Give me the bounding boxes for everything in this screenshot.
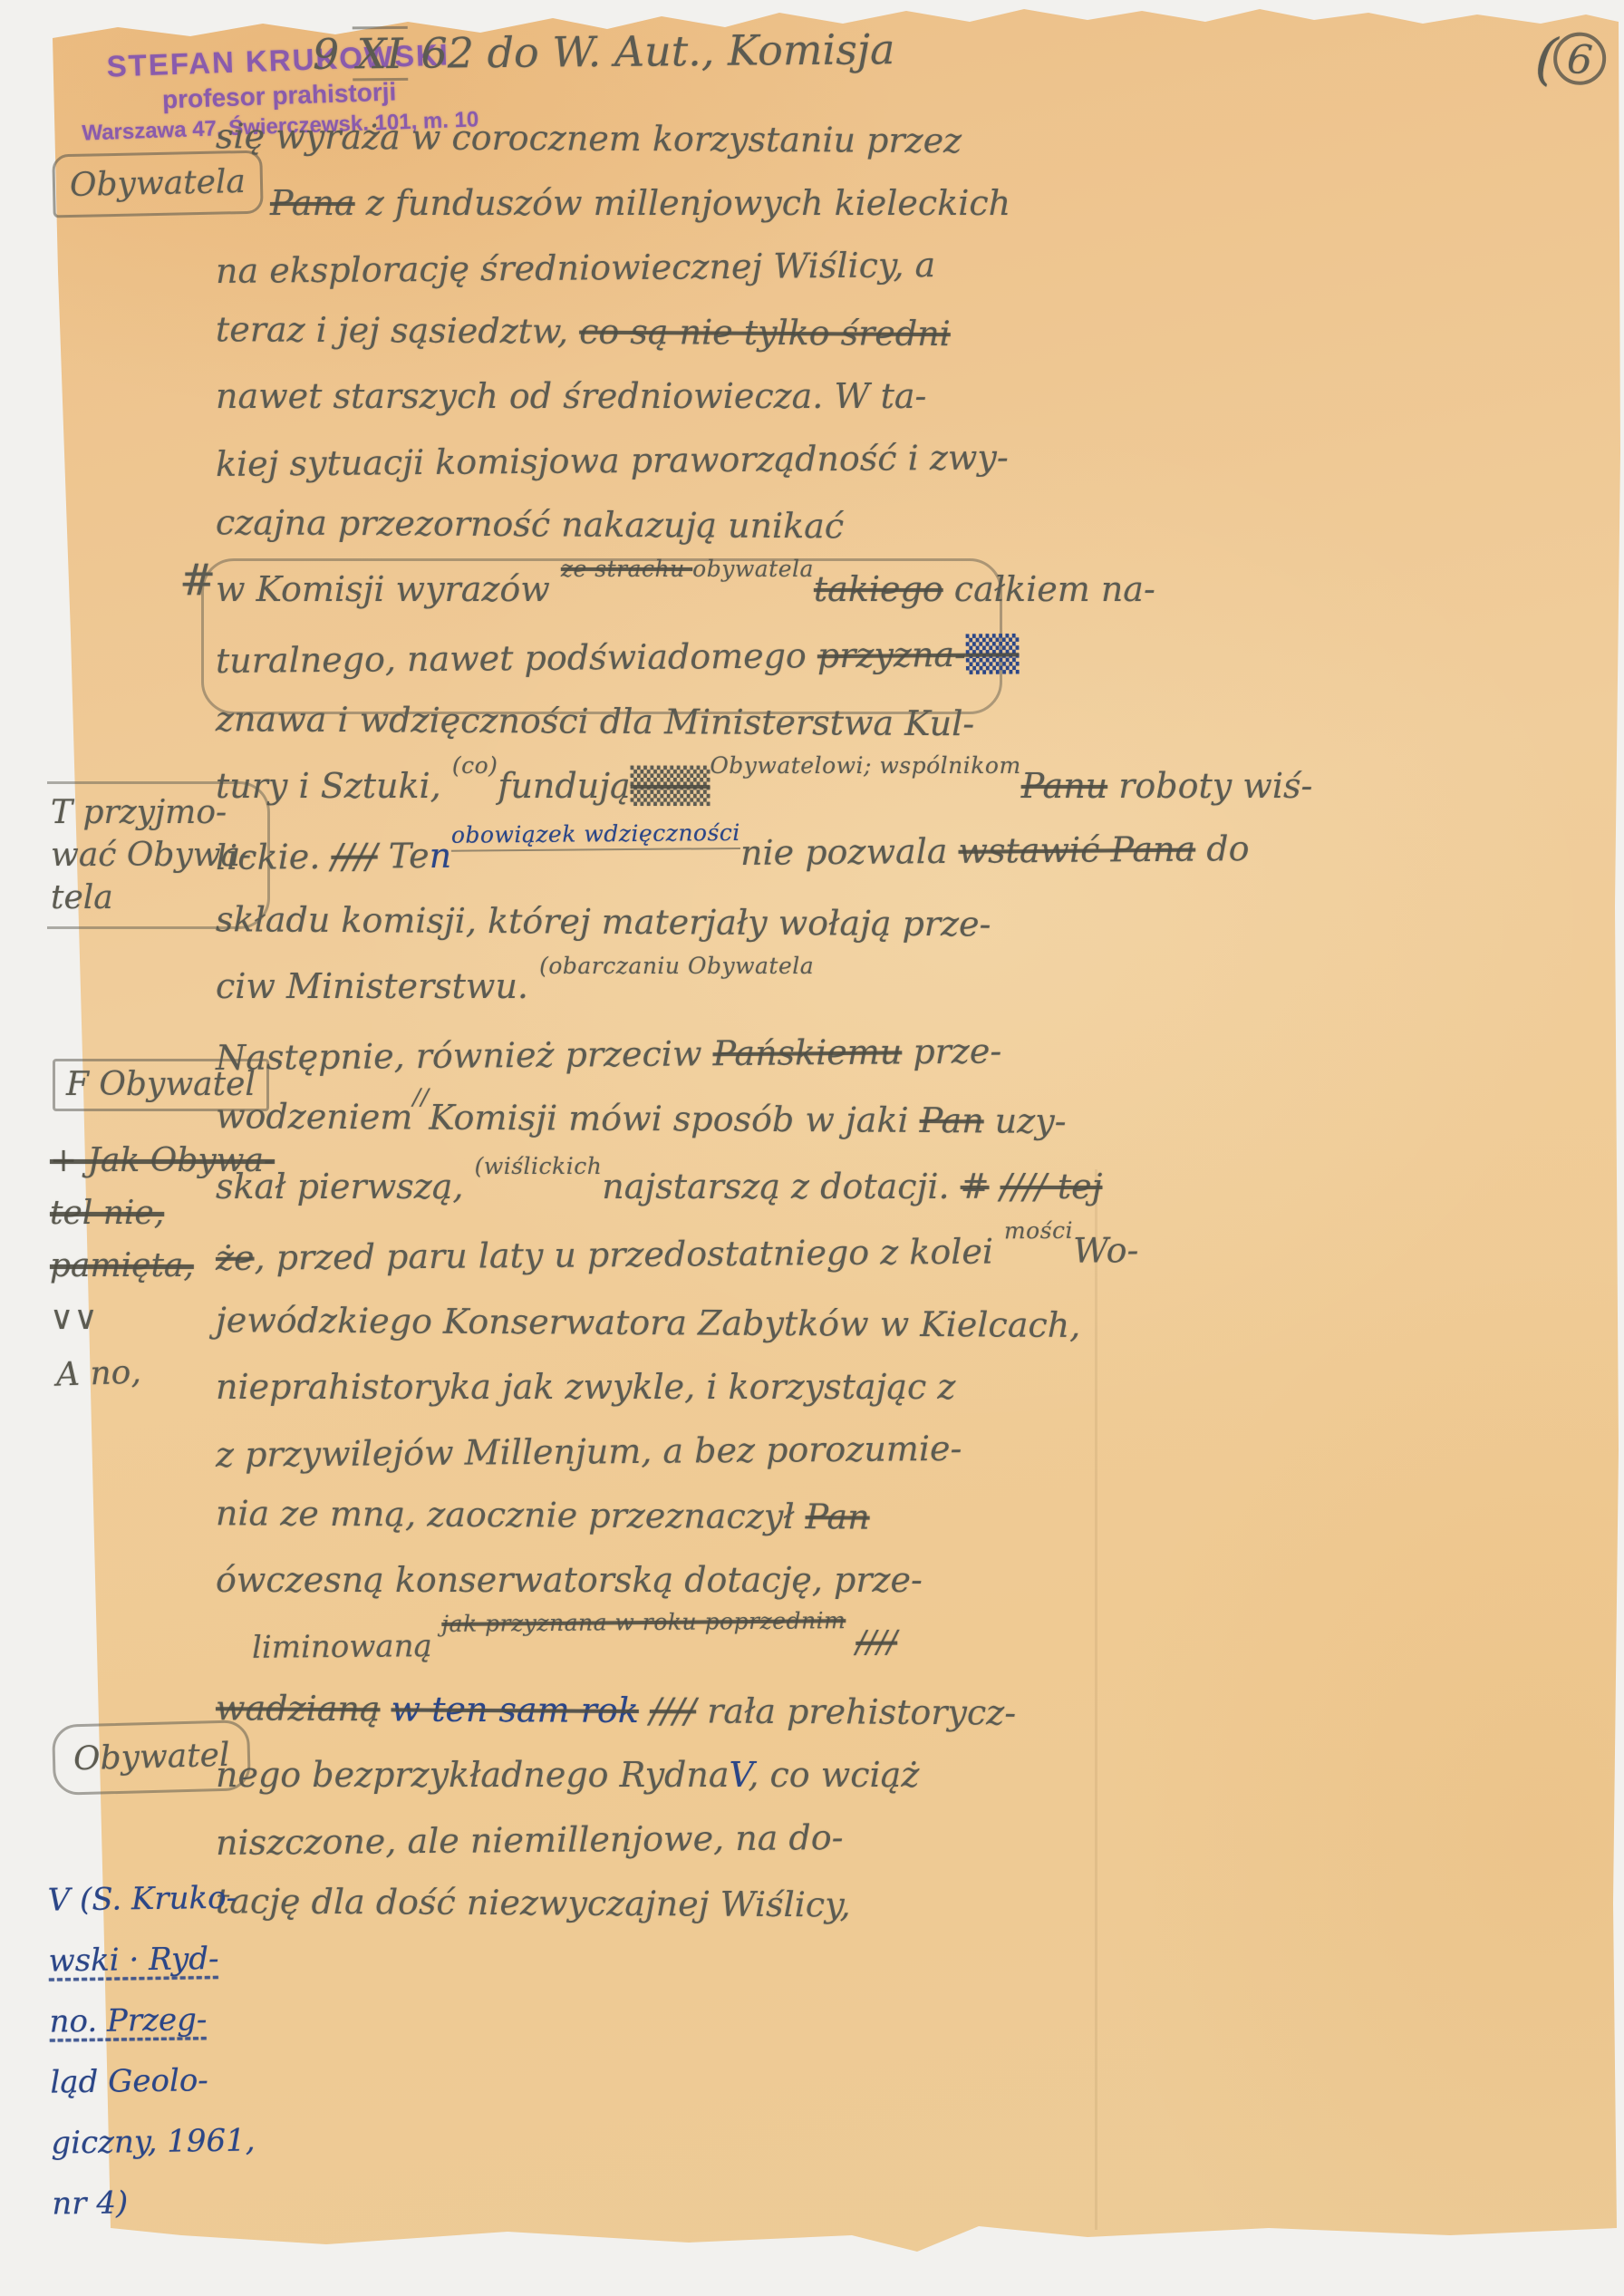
margin-note-citation-blue: V (S. Kruko-wski · Ryd-no. Przeg-ląd Geo… [47,1867,256,2234]
handwritten-line: nia ze mną, zaocznie przeznaczył Pan [216,1481,1049,1551]
handwritten-line: że, przed paru laty u przedostatniego z … [216,1219,1050,1294]
margin-note-line: pamięta, [50,1240,275,1293]
handwritten-line: ówczesną konserwatorską dotację, prze- [216,1548,1049,1613]
struck-text: wstawić Pana [958,829,1195,871]
text-segment [380,1689,391,1729]
handwritten-line: tację dla dość niezwyczajnej Wiślicy, [216,1869,1049,1939]
handwritten-line: lickie. //// Tenobowiązek wdzięcznościni… [216,819,1050,894]
struck-text: # [961,1167,990,1206]
text-segment: ówczesną konserwatorską dotację, prze- [216,1560,923,1600]
margin-note-a-no: A no, [55,1351,141,1397]
struck-insertion-text: jak przyznana w roku poprzednim [441,1607,846,1637]
handwritten-line: jewódzkiego Konserwatora Zabytków w Kiel… [216,1288,1049,1358]
blue-text: n [429,836,451,876]
blue-struck-text: ▒▒ [966,634,1020,674]
text-segment: do [1195,828,1250,869]
text-segment: się wyraża w corocznem korzystaniu przez [216,116,962,160]
text-segment: ciw Ministerstwu. [216,966,539,1006]
text-segment: z funduszów millenjowych kieleckich [355,183,1010,223]
struck-insertion-text: ze strachu [561,556,692,582]
blue-struck-text: w ten sam rok [391,1689,639,1730]
margin-note-obywatel-low: Obywatel [52,1720,251,1796]
handwritten-line: ciw Ministerstwu. (obarczaniu Obywatela [216,954,1049,1022]
insertion-text: (obarczaniu Obywatela [539,953,814,979]
margin-note-line: A no, [55,1351,141,1397]
handwritten-line: czajna przezorność nakazują unikać [216,490,1049,560]
margin-note-line: wski · Ryd- [48,1928,253,1991]
text-segment: Komisji mówi sposób w jaki [429,1098,920,1140]
text-segment: czajna przezorność nakazują unikać [216,502,844,546]
text-segment: kiej sytuacji komisjowa praworządność i … [216,437,1009,484]
text-segment: roboty wiś- [1107,766,1312,806]
text-segment: , co wciąż [748,1755,919,1795]
margin-note-przyjmowac: T przyjmo-wać Obywa-tela [47,781,270,929]
margin-note-obywatela-top: Obywatela [52,150,263,218]
text-segment: na eksplorację średniowiecznej Wiślicy, … [216,245,936,291]
text-segment: tację dla dość niezwyczajnej Wiślicy, [216,1881,851,1924]
page-number: (6 [1533,24,1609,95]
margin-note-line: giczny, 1961, [51,2110,256,2174]
text-segment: niszczone, ale niemillenjowe, na do- [216,1817,844,1863]
text-segment: składu komisji, której materjały wołają … [216,899,991,944]
page-number-circled: 6 [1551,31,1608,87]
text-segment: Wo- [1073,1230,1139,1271]
text-segment: rała prehistorycz- [696,1691,1016,1732]
handwritten-line: liminowaną jak przyznana w roku poprzedn… [252,1609,1050,1682]
handwritten-line: nieprahistoryka jak zwykle, i korzystają… [216,1355,1049,1419]
struck-text: //// [331,836,378,876]
insertion-text: Obywatelowi; wspólnikom [710,752,1020,779]
date-day: 9 [313,29,353,78]
margin-note-line: # [179,558,216,602]
struck-text: //// tej [1000,1167,1103,1206]
handwritten-line: turalnego, nawet podświadomego przyzna-▒… [216,622,1050,693]
margin-note-line: T przyjmo- [51,791,251,834]
insertion-text: obywatela [692,556,814,582]
margin-note-line: ∨∨ [50,1293,275,1345]
date-line: 9 XI 62 do W. Aut., Komisja [313,24,895,79]
margin-note-line: + Jak Obywa- [50,1135,275,1187]
margin-note-hash-mark: # [179,558,216,602]
text-segment [639,1691,650,1730]
margin-note-line: no. Przeg- [49,1989,254,2052]
struck-text: Pana [270,183,355,223]
text-segment: nie pozwala [740,831,959,873]
text-segment: jewódzkiego Konserwatora Zabytków w Kiel… [216,1300,1081,1345]
handwritten-line: składu komisji, której materjały wołają … [216,887,1049,957]
text-segment: teraz i jej sąsiedztw, [216,309,579,351]
text-segment [990,1167,1000,1206]
struck-text: takiego [814,569,943,609]
margin-note-line: tela [51,877,251,919]
struck-text: Pańskiemu [712,1032,902,1073]
text-segment: z przywilejów Millenjum, a bez porozumie… [216,1429,962,1475]
handwritten-line: się wyraża w corocznem korzystaniu przez [216,104,1049,174]
handwritten-line: wodzeniem//Komisji mówi sposób w jaki Pa… [216,1084,1049,1158]
text-segment: prze- [902,1031,1001,1071]
handwritten-line: znawa i wdzięczności dla Ministerstwa Ku… [216,687,1049,757]
struck-text: //// [650,1691,696,1730]
margin-note-line: ląd Geolo- [50,2049,255,2113]
insertion-text: // [412,1084,429,1110]
text-segment: , przed paru laty u przedostatniego z ko… [254,1231,1004,1277]
text-segment: Następnie, również przeciw [216,1033,713,1078]
text-segment: nawet starszych od średniowiecza. W ta- [216,376,926,416]
margin-note-line: Obywatel [72,1734,230,1781]
blue-text: V [730,1755,749,1795]
margin-note-line: F Obywatel [66,1063,256,1107]
handwritten-line: kiej sytuacji komisjowa praworządność i … [216,425,1050,497]
struck-text: Pan [806,1497,870,1536]
struck-text: Pan [920,1100,984,1140]
body-text: się wyraża w corocznem korzystaniu przez… [216,107,1049,1936]
margin-note-jak-obywatel-struck: + Jak Obywa-tel nie,pamięta,∨∨ [50,1135,275,1345]
text-segment: liminowaną [252,1628,442,1666]
struck-text: Panu [1021,766,1107,806]
margin-note-line: tel nie, [50,1187,275,1240]
insertion-text: mości [1004,1217,1073,1245]
margin-note-line: V (S. Kruko- [47,1867,252,1931]
text-segment: nieprahistoryka jak zwykle, i korzystają… [216,1367,955,1407]
insertion-text: (co) [452,752,498,779]
text-segment: fundują [498,766,630,806]
text-segment: uzy- [984,1100,1067,1141]
struck-text: wadzianą [216,1688,381,1729]
handwritten-line: na eksplorację średniowiecznej Wiślicy, … [216,232,1050,304]
handwritten-line: nego bezprzykładnego RydnaV, co wciąż [216,1743,1049,1807]
text-segment: turalnego, nawet podświadomego [216,635,817,681]
insertion-text: (wiślickich [475,1153,603,1179]
text-segment: znawa i wdzięczności dla Ministerstwa Ku… [216,699,974,743]
text-segment: nego bezprzykładnego Rydna [216,1755,730,1795]
handwritten-line: z przywilejów Millenjum, a bez porozumie… [216,1416,1050,1487]
handwritten-line: w Komisji wyrazów ze strachu obywatelata… [216,557,1049,625]
date-month-roman: XI [353,26,408,82]
handwritten-line: niszczone, ale niemillenjowe, na do- [216,1804,1050,1875]
handwritten-line: Następnie, również przeciw Pańskiemu prz… [216,1019,1050,1090]
text-segment: w Komisji wyrazów [216,569,561,609]
handwritten-line: skał pierwszą, (wiślickichnajstarszą z d… [216,1155,1049,1223]
margin-note-line: nr 4) [52,2171,256,2234]
handwritten-line: tury i Sztuki, (co)fundują▒▒▒Obywatelowi… [216,754,1049,822]
text-segment: całkiem na- [943,569,1155,609]
text-segment: Te [377,836,429,876]
handwritten-line: Pana z funduszów millenjowych kieleckich [270,171,1049,236]
margin-note-line: wać Obywa- [51,834,251,877]
struck-text: //// [855,1624,897,1661]
blue-insertion-text: obowiązek wdzięczności [451,819,740,852]
struck-text: co są nie tylko średni [579,312,951,354]
struck-text: ▒▒▒ [631,766,710,806]
scanned-document-page: { "stamp": { "name": "STEFAN KRUKOWSKI",… [0,0,1624,2296]
handwritten-line: wadzianą w ten sam rok //// rała prehist… [216,1676,1049,1746]
date-rest: 62 do W. Aut., Komisja [408,24,895,78]
handwritten-line: teraz i jej sąsiedztw, co są nie tylko ś… [216,297,1049,367]
paper-crease [1095,1169,1097,2230]
text-segment: nia ze mną, zaocznie przeznaczył [216,1493,806,1536]
text-segment: najstarszą z dotacji. [602,1167,960,1206]
margin-note-obywatel-mid: F Obywatel [53,1059,269,1111]
struck-text: przyzna- [817,635,966,675]
handwritten-line: nawet starszych od średniowiecza. W ta- [216,364,1049,429]
text-segment [846,1624,855,1661]
margin-note-line: Obywatela [70,160,246,208]
